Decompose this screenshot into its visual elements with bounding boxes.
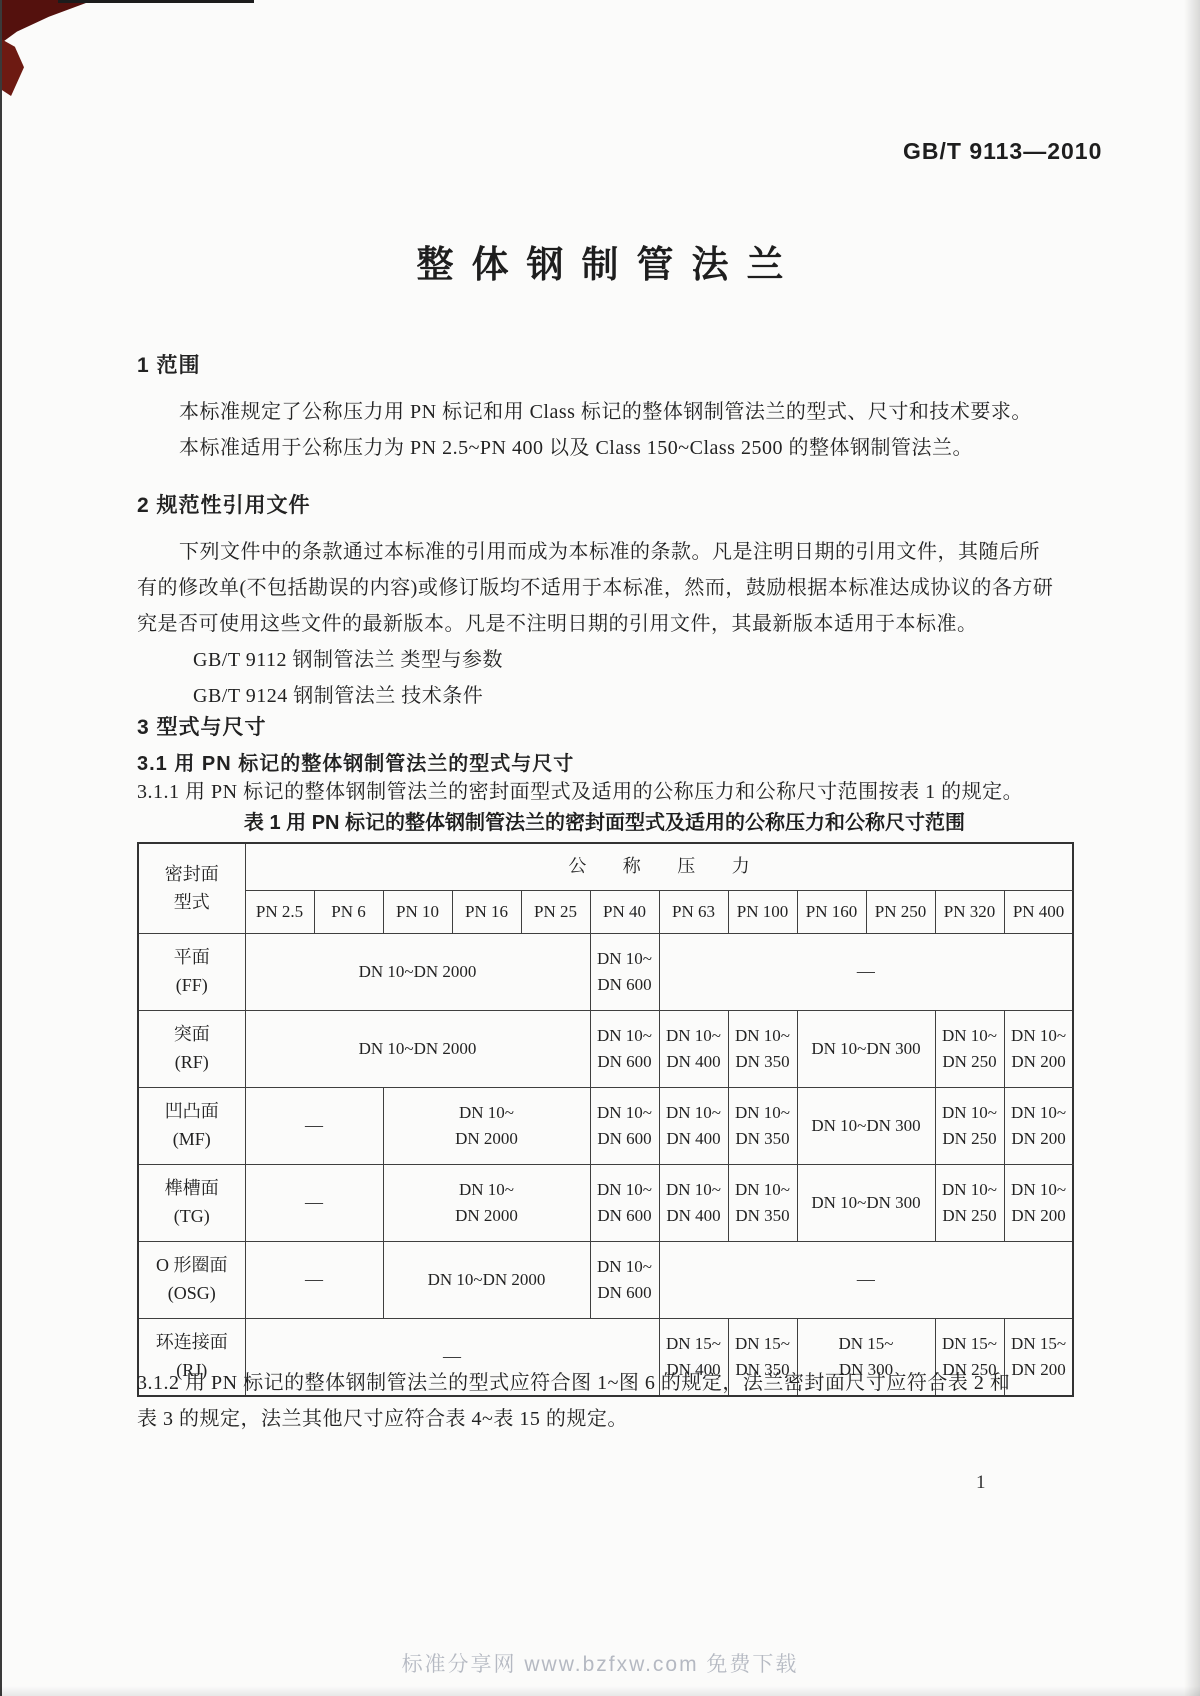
table-cell: DN 10~ DN 200 (1004, 1011, 1073, 1088)
table-row: 平面 (FF) DN 10~DN 2000 DN 10~ DN 600 — (138, 934, 1073, 1011)
scan-corner-artifact (0, 0, 94, 44)
table-corner-header: 密封面 型式 (138, 843, 245, 934)
table-cell: DN 10~ DN 2000 (383, 1165, 590, 1242)
section-2-heading: 2 规范性引用文件 (137, 492, 1069, 519)
section-1-paragraph-line: 本标准规定了公称压力用 PN 标记和用 Class 标记的整体钢制管法兰的型式、… (137, 399, 1069, 425)
page-bottom-shadow (0, 1686, 1200, 1696)
table-cell: DN 10~DN 300 (797, 1011, 935, 1088)
row-label: 榫槽面 (TG) (138, 1165, 245, 1242)
column-header: PN 2.5 (245, 891, 314, 934)
column-header: PN 320 (935, 891, 1004, 934)
table-cell: — (245, 1088, 383, 1165)
table-cell: DN 10~ DN 400 (659, 1011, 728, 1088)
section-2-paragraph-line: 究是否可使用这些文件的最新版本。凡是不注明日期的引用文件，其最新版本适用于本标准… (137, 611, 1069, 637)
row-label: 平面 (FF) (138, 934, 245, 1011)
table-cell: DN 10~ DN 600 (590, 1242, 659, 1319)
table-cell: DN 10~DN 2000 (245, 934, 590, 1011)
table-1: 密封面 型式 公 称 压 力 PN 2.5 PN 6 PN 10 PN 16 P… (137, 842, 1074, 1397)
table-cell: DN 10~ DN 250 (935, 1165, 1004, 1242)
table-cell: DN 10~ DN 600 (590, 1088, 659, 1165)
table-cell: DN 10~DN 300 (797, 1088, 935, 1165)
table-row: 榫槽面 (TG) — DN 10~ DN 2000 DN 10~ DN 600 … (138, 1165, 1073, 1242)
table-cell: DN 10~DN 2000 (383, 1242, 590, 1319)
table-cell: DN 10~ DN 600 (590, 934, 659, 1011)
table-cell: — (245, 1242, 383, 1319)
table-cell: DN 10~ DN 350 (728, 1165, 797, 1242)
table-cell: — (659, 934, 1073, 1011)
column-header: PN 400 (1004, 891, 1073, 934)
table-cell: DN 10~DN 300 (797, 1165, 935, 1242)
row-label: O 形圈面 (OSG) (138, 1242, 245, 1319)
section-2-paragraph-line: 下列文件中的条款通过本标准的引用而成为本标准的条款。凡是注明日期的引用文件，其随… (137, 539, 1069, 565)
table-cell: DN 10~ DN 400 (659, 1165, 728, 1242)
table-row: 突面 (RF) DN 10~DN 2000 DN 10~ DN 600 DN 1… (138, 1011, 1073, 1088)
column-header: PN 25 (521, 891, 590, 934)
normative-reference: GB/T 9112 钢制管法兰 类型与参数 (137, 647, 1125, 673)
column-header: PN 16 (452, 891, 521, 934)
table-cell: DN 10~ DN 600 (590, 1011, 659, 1088)
section-1-paragraph-line: 本标准适用于公称压力为 PN 2.5~PN 400 以及 Class 150~C… (137, 435, 1069, 461)
scan-top-edge-line (58, 0, 254, 3)
table-cell: DN 10~ DN 200 (1004, 1088, 1073, 1165)
section-1-heading: 1 范围 (137, 352, 1069, 379)
column-header: PN 100 (728, 891, 797, 934)
table-row: 凹凸面 (MF) — DN 10~ DN 2000 DN 10~ DN 600 … (138, 1088, 1073, 1165)
column-header: PN 250 (866, 891, 935, 934)
section-3-heading: 3 型式与尺寸 (137, 714, 1069, 741)
page-number: 1 (976, 1472, 986, 1494)
table-cell: DN 10~ DN 250 (935, 1088, 1004, 1165)
table-cell: DN 10~ DN 2000 (383, 1088, 590, 1165)
watermark-text: 标准分享网 www.bzfxw.com 免费下载 (0, 1648, 1200, 1678)
row-label: 凹凸面 (MF) (138, 1088, 245, 1165)
row-label: 突面 (RF) (138, 1011, 245, 1088)
table-cell: DN 10~ DN 400 (659, 1088, 728, 1165)
table-cell: — (245, 1165, 383, 1242)
scan-edge-artifact (0, 36, 24, 96)
section-2-paragraph-line: 有的修改单(不包括勘误的内容)或修订版均不适用于本标准，然而，鼓励根据本标准达成… (137, 575, 1069, 601)
clause-3-1-2-line: 表 3 的规定，法兰其他尺寸应符合表 4~表 15 的规定。 (137, 1406, 1069, 1432)
table-cell: DN 10~DN 2000 (245, 1011, 590, 1088)
table-cell: DN 10~ DN 350 (728, 1011, 797, 1088)
clause-3-1-2-line: 3.1.2 用 PN 标记的整体钢制管法兰的型式应符合图 1~图 6 的规定，法… (137, 1370, 1069, 1396)
standard-number: GB/T 9113—2010 (903, 138, 1102, 165)
section-3-1-heading: 3.1 用 PN 标记的整体钢制管法兰的型式与尺寸 (137, 751, 1069, 777)
table-cell: DN 10~ DN 250 (935, 1011, 1004, 1088)
document-page: GB/T 9113—2010 整体钢制管法兰 1 范围 本标准规定了公称压力用 … (0, 0, 1200, 1696)
clause-3-1-1: 3.1.1 用 PN 标记的整体钢制管法兰的密封面型式及适用的公称压力和公称尺寸… (137, 779, 1069, 805)
normative-reference: GB/T 9124 钢制管法兰 技术条件 (137, 683, 1125, 709)
column-header: PN 40 (590, 891, 659, 934)
table-cell: DN 10~ DN 600 (590, 1165, 659, 1242)
column-header: PN 6 (314, 891, 383, 934)
column-header: PN 63 (659, 891, 728, 934)
document-title: 整体钢制管法兰 (0, 234, 1200, 288)
table-cell: DN 10~ DN 200 (1004, 1165, 1073, 1242)
table-group-header: 公 称 压 力 (245, 843, 1073, 891)
column-header: PN 160 (797, 891, 866, 934)
table-cell: — (659, 1242, 1073, 1319)
table-column-header-row: PN 2.5 PN 6 PN 10 PN 16 PN 25 PN 40 PN 6… (138, 891, 1073, 934)
table-1-caption: 表 1 用 PN 标记的整体钢制管法兰的密封面型式及适用的公称压力和公称尺寸范围 (137, 806, 1072, 835)
table-row: O 形圈面 (OSG) — DN 10~DN 2000 DN 10~ DN 60… (138, 1242, 1073, 1319)
column-header: PN 10 (383, 891, 452, 934)
table-cell: DN 10~ DN 350 (728, 1088, 797, 1165)
